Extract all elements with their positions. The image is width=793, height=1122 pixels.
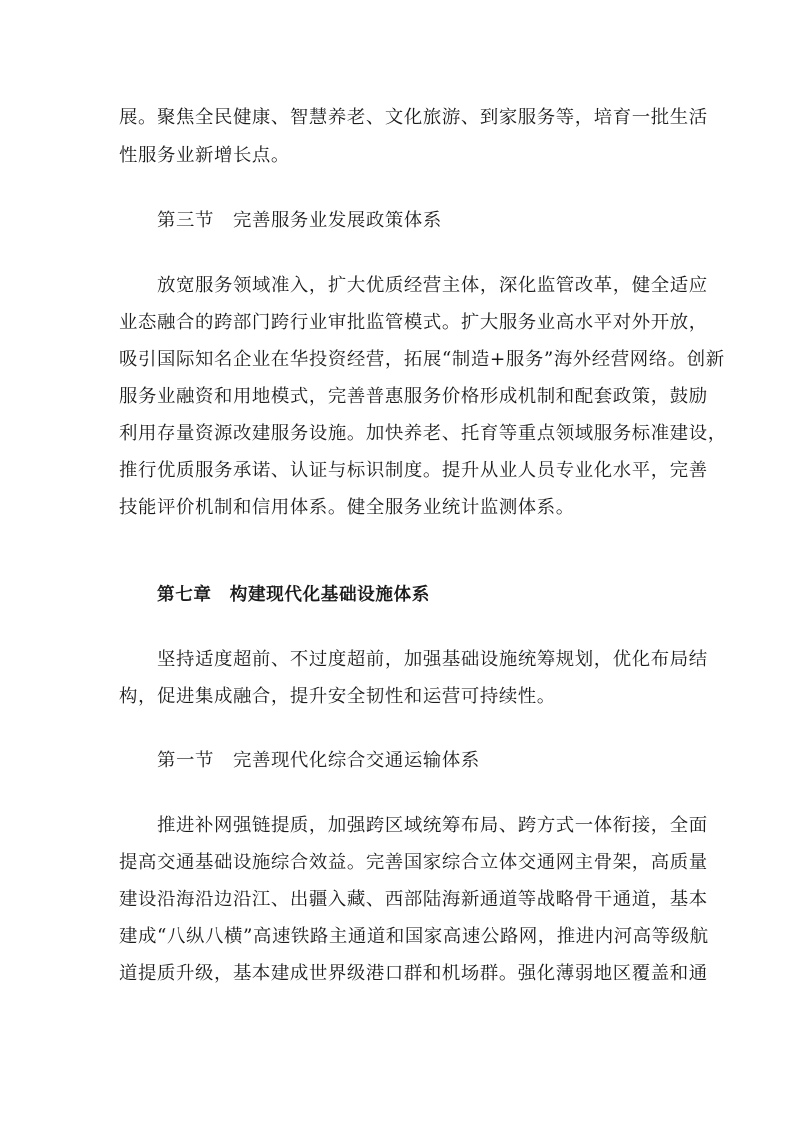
chapter-heading: 第七章 构建现代化基础设施体系 (157, 584, 717, 606)
paragraph-line: 建成“八纵八横”高速铁路主通道和国家高速公路网，推进内河高等级航 (119, 926, 679, 948)
paragraph-line: 放宽服务领域准入，扩大优质经营主体，深化监管改革，健全适应 (157, 275, 717, 297)
paragraph-line: 性服务业新增长点。 (119, 145, 679, 167)
paragraph-line: 提高交通基础设施综合效益。完善国家综合立体交通网主骨架，高质量 (119, 852, 679, 874)
paragraph-line: 道提质升级，基本建成世界级港口群和机场群。强化薄弱地区覆盖和通 (119, 963, 679, 985)
paragraph-line: 服务业融资和用地模式，完善普惠服务价格形成机制和配套政策，鼓励 (119, 386, 679, 408)
section-heading: 第三节 完善服务业发展政策体系 (157, 210, 717, 232)
paragraph-line: 业态融合的跨部门跨行业审批监管模式。扩大服务业高水平对外开放， (119, 312, 679, 334)
paragraph-line: 利用存量资源改建服务设施。加快养老、托育等重点领域服务标准建设， (119, 423, 679, 445)
paragraph-line: 展。聚焦全民健康、智慧养老、文化旅游、到家服务等，培育一批生活 (119, 107, 679, 129)
paragraph-line: 坚持适度超前、不过度超前，加强基础设施统筹规划，优化布局结 (157, 649, 717, 671)
section-heading: 第一节 完善现代化综合交通运输体系 (157, 750, 717, 772)
paragraph-line: 吸引国际知名企业在华投资经营，拓展“制造+服务”海外经营网络。创新 (119, 349, 679, 371)
paragraph-line: 推进补网强链提质，加强跨区域统筹布局、跨方式一体衔接，全面 (157, 815, 717, 837)
paragraph-line: 构，促进集成融合，提升安全韧性和运营可持续性。 (119, 686, 679, 708)
paragraph-line: 建设沿海沿边沿江、出疆入藏、西部陆海新通道等战略骨干通道，基本 (119, 889, 679, 911)
paragraph-line: 推行优质服务承诺、认证与标识制度。提升从业人员专业化水平，完善 (119, 460, 679, 482)
paragraph-line: 技能评价机制和信用体系。健全服务业统计监测体系。 (119, 497, 679, 519)
